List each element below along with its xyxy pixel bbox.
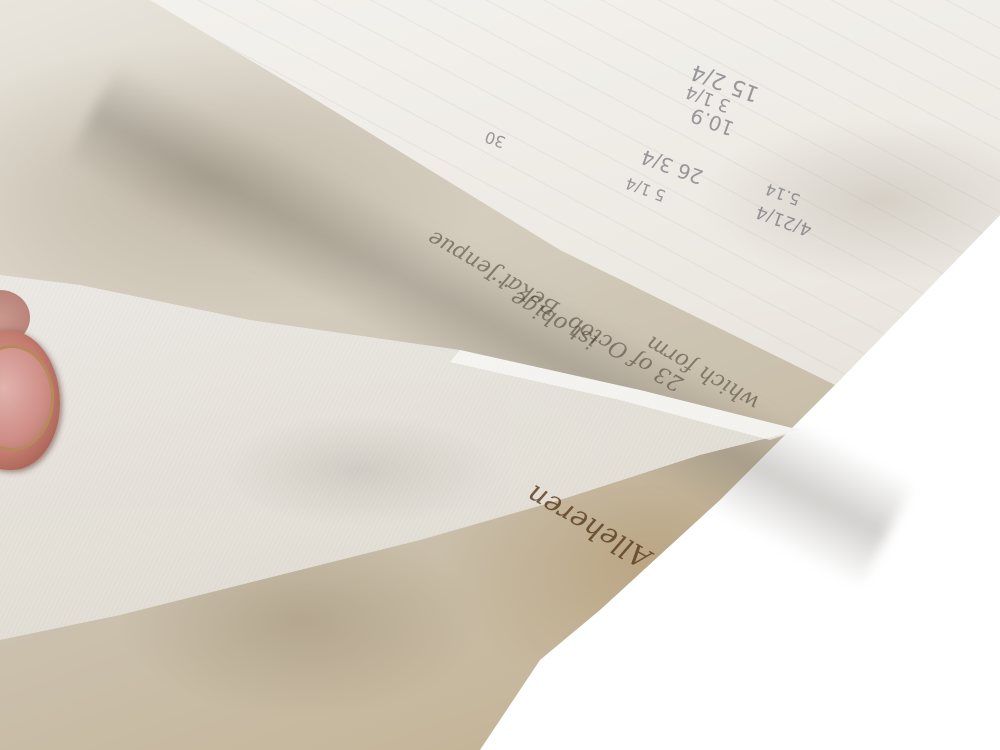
photo-scene: 15 2/4 10.9 3 1/4 26 3/4 5 1/4 4/21/4 5.…	[0, 0, 1000, 750]
